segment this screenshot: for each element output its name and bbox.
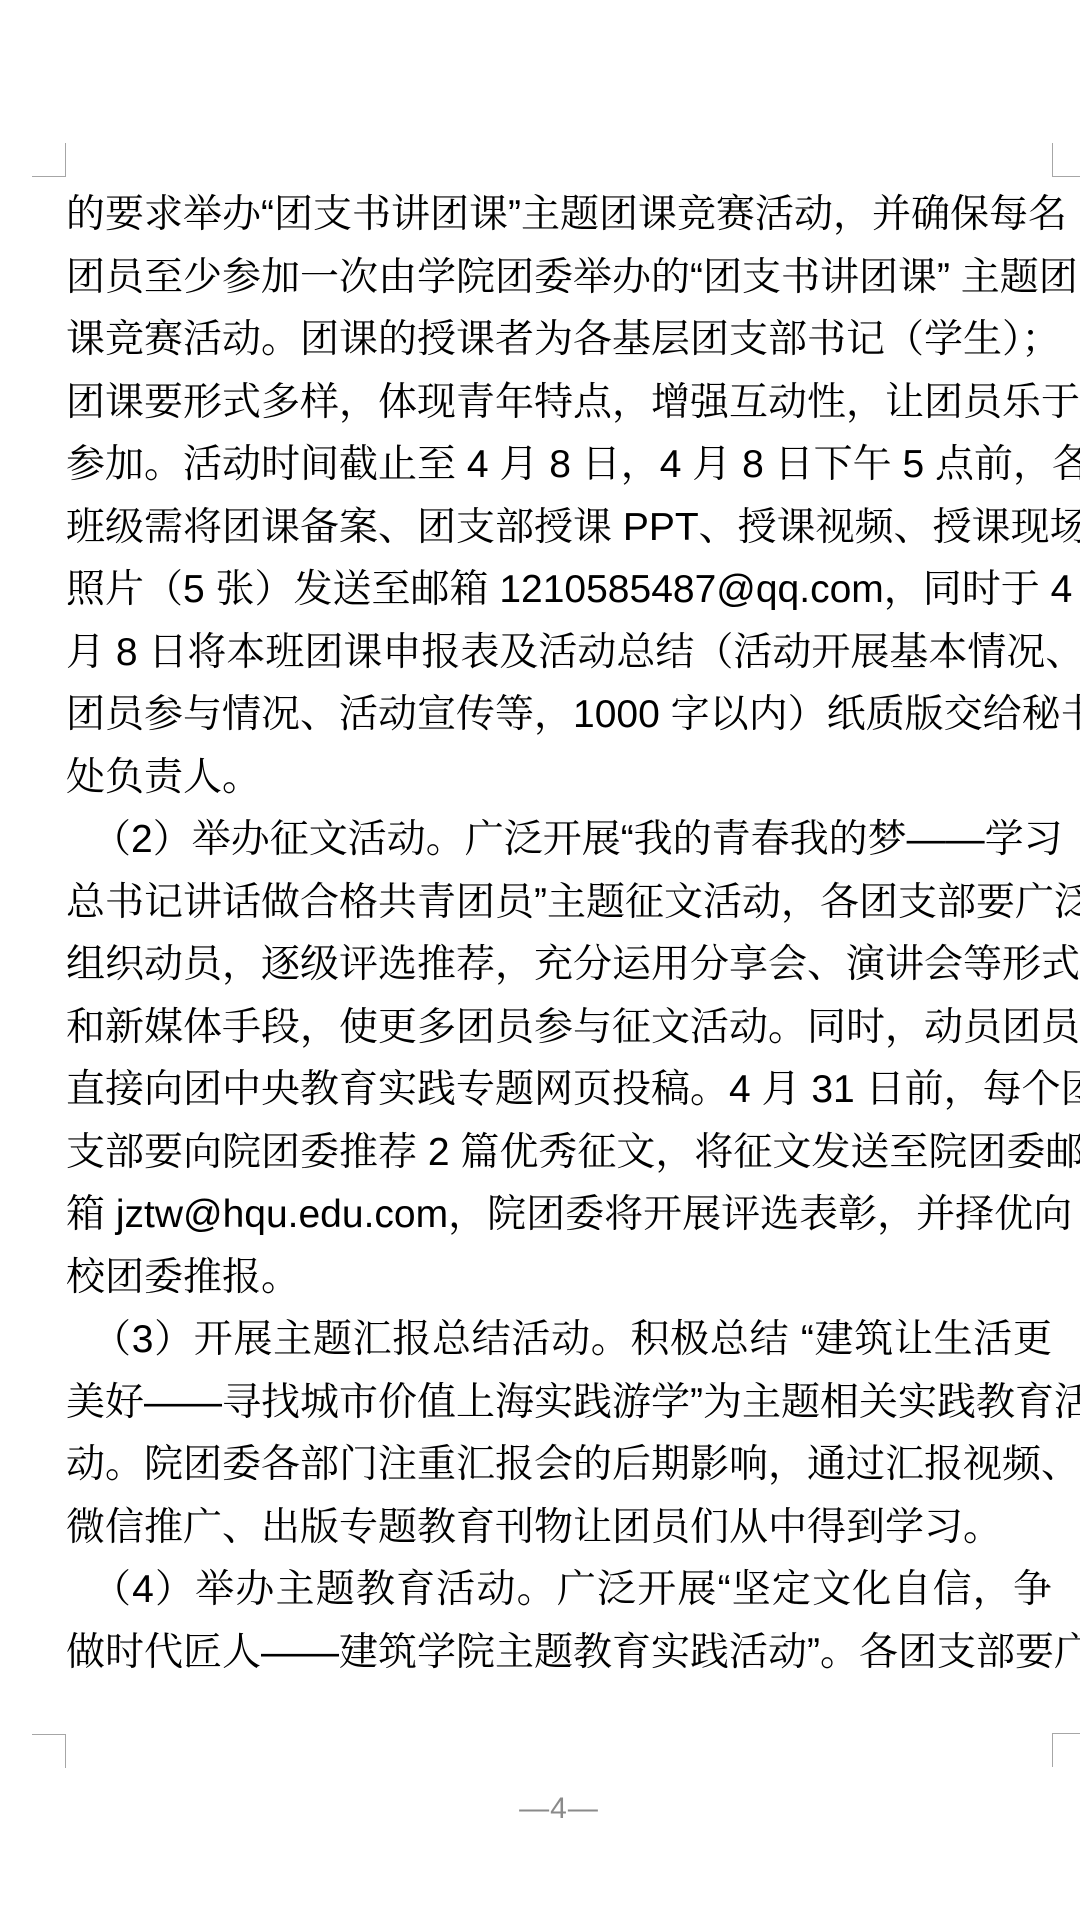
- text-boundary-mark-bottom-left: [32, 1734, 66, 1768]
- text-line: 箱 jztw@hqu.edu.com，院团委将开展评选表彰，并择优向: [66, 1184, 1052, 1247]
- text-line: 团员至少参加一次由学院团委举办的“团支书讲团课” 主题团: [66, 247, 1052, 310]
- text-line: 班级需将团课备案、团支部授课 PPT、授课视频、授课现场: [66, 497, 1052, 560]
- text-line: 组织动员，逐级评选推荐，充分运用分享会、演讲会等形式: [66, 934, 1052, 997]
- text-line: 动。院团委各部门注重汇报会的后期影响，通过汇报视频、: [66, 1434, 1052, 1497]
- text-line-paragraph-end: 校团委推报。: [66, 1247, 1052, 1310]
- text-line: 美好——寻找城市价值上海实践游学”为主题相关实践教育活: [66, 1372, 1052, 1435]
- text-line: 做时代匠人——建筑学院主题教育实践活动”。各团支部要广: [66, 1622, 1052, 1685]
- text-line: 直接向团中央教育实践专题网页投稿。4 月 31 日前，每个团: [66, 1059, 1052, 1122]
- text-line-paragraph-start: （2）举办征文活动。广泛开展“我的青春我的梦——学习: [66, 809, 1052, 872]
- text-line: 总书记讲话做合格共青团员”主题征文活动，各团支部要广泛: [66, 872, 1052, 935]
- text-line: 月 8 日将本班团课申报表及活动总结（活动开展基本情况、: [66, 622, 1052, 685]
- text-line: 支部要向院团委推荐 2 篇优秀征文，将征文发送至院团委邮: [66, 1122, 1052, 1185]
- text-boundary-mark-bottom-right: [1052, 1733, 1080, 1767]
- text-line: 课竞赛活动。团课的授课者为各基层团支部书记（学生）；: [66, 309, 1052, 372]
- page-number: —4—: [66, 1792, 1052, 1826]
- text-boundary-mark-top-right: [1052, 143, 1080, 177]
- text-line: 和新媒体手段，使更多团员参与征文活动。同时，动员团员: [66, 997, 1052, 1060]
- document-page: 的要求举办“团支书讲团课”主题团课竞赛活动，并确保每名 团员至少参加一次由学院团…: [0, 0, 1080, 1920]
- text-line: 的要求举办“团支书讲团课”主题团课竞赛活动，并确保每名: [66, 184, 1052, 247]
- text-line-paragraph-end: 微信推广、出版专题教育刊物让团员们从中得到学习。: [66, 1497, 1052, 1560]
- text-line-paragraph-start: （3）开展主题汇报总结活动。积极总结 “建筑让生活更: [66, 1309, 1052, 1372]
- text-line: 参加。活动时间截止至 4 月 8 日，4 月 8 日下午 5 点前，各: [66, 434, 1052, 497]
- text-line-paragraph-end: 处负责人。: [66, 747, 1052, 810]
- text-line: 照片（5 张）发送至邮箱 1210585487@qq.com，同时于 4: [66, 559, 1052, 622]
- document-body: 的要求举办“团支书讲团课”主题团课竞赛活动，并确保每名 团员至少参加一次由学院团…: [66, 184, 1052, 1684]
- text-line: 团课要形式多样，体现青年特点，增强互动性，让团员乐于: [66, 372, 1052, 435]
- text-boundary-mark-top-left: [32, 143, 66, 177]
- text-line-paragraph-start: （4）举办主题教育活动。广泛开展“坚定文化自信，争: [66, 1559, 1052, 1622]
- text-line: 团员参与情况、活动宣传等，1000 字以内）纸质版交给秘书: [66, 684, 1052, 747]
